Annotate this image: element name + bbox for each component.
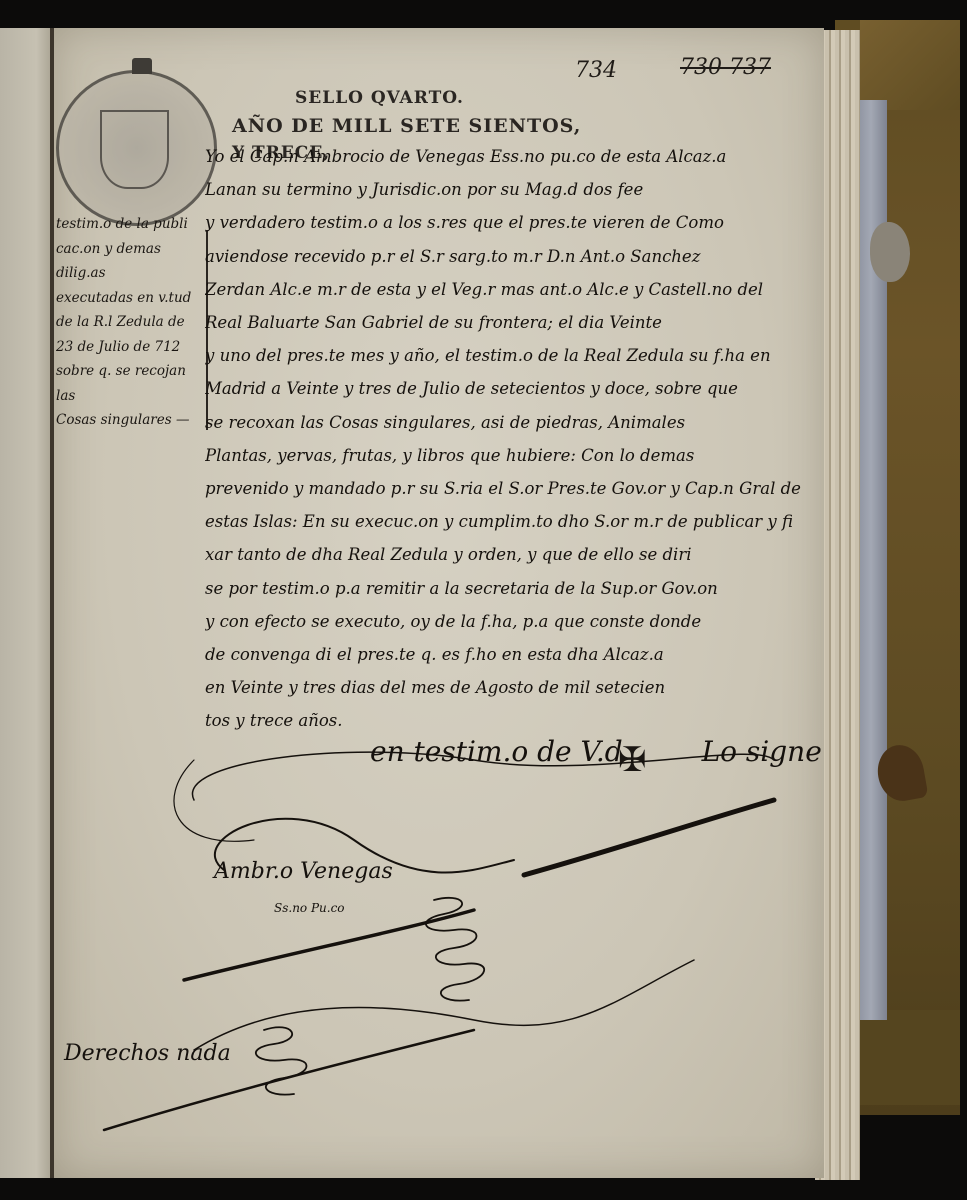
- body-line: Zerdan Alc.e m.r de esta y el Veg.r mas …: [205, 273, 820, 306]
- margin-line: Cosas singulares —: [56, 408, 206, 433]
- flourish: [426, 898, 484, 1001]
- body-line: Lanan su termino y Jurisdic.on por su Ma…: [205, 173, 820, 206]
- stamp-line-1: SELLO QVARTO.: [295, 88, 464, 108]
- stamp-line-2: AÑO DE MILL SETE SIENTOS,: [232, 115, 581, 137]
- signature-flourishes: Ambr.o Venegas Ss.no Pu.co Derechos nada: [54, 700, 824, 1160]
- body-line: Plantas, yervas, frutas, y libros que hu…: [205, 439, 820, 472]
- body-text: Yo el Cap.n Ambrocio de Venegas Ess.no p…: [205, 140, 820, 738]
- body-line: estas Islas: En su execuc.on y cumplim.t…: [205, 505, 820, 538]
- signature-derechos: Derechos nada: [63, 1041, 231, 1066]
- body-line: y verdadero testim.o a los s.res que el …: [205, 206, 820, 239]
- margin-line: executadas en v.tud: [56, 286, 206, 311]
- body-line: se por testim.o p.a remitir a la secreta…: [205, 572, 820, 605]
- struck-folio-number: 730 737: [680, 55, 771, 80]
- body-line: aviendose recevido p.r el S.r sarg.to m.…: [205, 240, 820, 273]
- signature-title: Ss.no Pu.co: [274, 901, 345, 915]
- margin-line: sobre q. se recojan las: [56, 359, 206, 408]
- paper-tab: [870, 222, 910, 282]
- cover-fold: [860, 20, 960, 110]
- margin-line: 23 de Julio de 712: [56, 335, 206, 360]
- shield-icon: [100, 110, 169, 189]
- flourish: [192, 752, 774, 800]
- body-line: Real Baluarte San Gabriel de su frontera…: [205, 306, 820, 339]
- body-line: Yo el Cap.n Ambrocio de Venegas Ess.no p…: [205, 140, 820, 173]
- flourish: [174, 760, 254, 841]
- body-line: prevenido y mandado p.r su S.ria el S.or…: [205, 472, 820, 505]
- flourish: [184, 910, 474, 980]
- body-line: y uno del pres.te mes y año, el testim.o…: [205, 339, 820, 372]
- margin-line: cac.on y demas dilig.as: [56, 237, 206, 286]
- crown-icon: [132, 58, 152, 74]
- body-line: se recoxan las Cosas singulares, asi de …: [205, 406, 820, 439]
- cover-bottom: [860, 1010, 960, 1105]
- margin-line: de la R.l Zedula de: [56, 310, 206, 335]
- folio-number: 734: [575, 58, 617, 83]
- margin-line: testim.o de la publi: [56, 212, 206, 237]
- body-line: de convenga di el pres.te q. es f.ho en …: [205, 638, 820, 671]
- flourish: [524, 800, 774, 875]
- body-line: xar tanto de dha Real Zedula y orden, y …: [205, 538, 820, 571]
- body-line: y con efecto se executo, oy de la f.ha, …: [205, 605, 820, 638]
- left-facing-page: [0, 28, 54, 1178]
- margin-note: testim.o de la publi cac.on y demas dili…: [56, 212, 206, 433]
- body-line: Madrid a Veinte y tres de Julio de setec…: [205, 372, 820, 405]
- signature-venegas: Ambr.o Venegas: [212, 859, 393, 884]
